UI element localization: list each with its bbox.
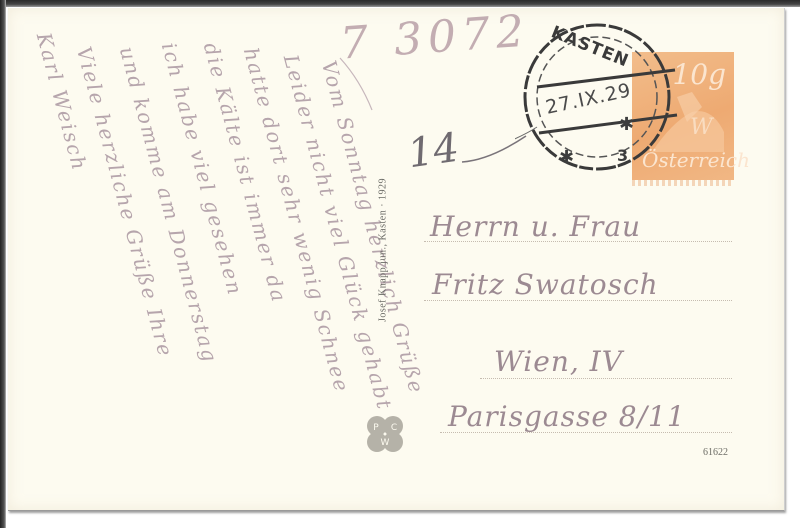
address-line-4: Parisgasse 8/11	[448, 400, 686, 433]
publisher-clover-logo-icon: P C W	[363, 412, 407, 456]
serial-number: 61622	[703, 447, 728, 458]
svg-text:C: C	[391, 423, 397, 433]
svg-text:✱: ✱	[559, 147, 574, 168]
postage-fee-note: 14	[405, 125, 462, 178]
address-rule-1	[424, 241, 732, 242]
address-line-1: Herrn u. Frau	[430, 210, 641, 243]
svg-text:P: P	[373, 423, 379, 433]
publisher-imprint: Josef Knapp jun., Kasten · 1929	[378, 178, 389, 322]
svg-text:✱: ✱	[619, 114, 634, 135]
address-line-3: Wien, IV	[494, 345, 623, 378]
address-line-2: Fritz Swatosch	[432, 268, 659, 301]
postmark-code: 3	[617, 146, 628, 165]
svg-text:W: W	[381, 438, 390, 448]
fee-note-stroke	[460, 130, 530, 170]
address-rule-2	[424, 300, 732, 301]
address-rule-4	[440, 432, 732, 433]
address-rule-3	[480, 378, 732, 379]
